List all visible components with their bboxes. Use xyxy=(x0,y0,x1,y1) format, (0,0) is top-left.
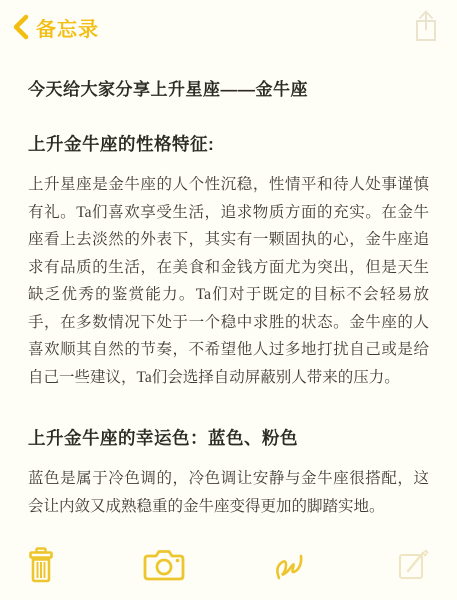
back-button[interactable]: 备忘录 xyxy=(12,13,99,42)
note-title: 今天给大家分享上升星座——金牛座 xyxy=(28,75,429,100)
markup-button[interactable] xyxy=(271,546,311,584)
trash-icon xyxy=(24,572,58,587)
chevron-left-icon xyxy=(12,14,29,40)
camera-button[interactable] xyxy=(142,547,186,583)
share-icon xyxy=(411,34,441,49)
section-heading-personality: 上升金牛座的性格特征: xyxy=(28,131,429,156)
share-button[interactable] xyxy=(411,8,441,46)
scribble-icon xyxy=(271,572,311,587)
camera-icon xyxy=(142,571,186,586)
section-body-personality: 上升星座是金牛座的人个性沉稳，性情平和待人处事谨慎有礼。Ta们喜欢享受生活，追求… xyxy=(28,171,429,391)
section-heading-lucky-colors: 上升金牛座的幸运色：蓝色、粉色 xyxy=(28,425,429,450)
compose-icon xyxy=(395,572,431,587)
section-body-lucky-colors: 蓝色是属于冷色调的，冷色调让安静与金牛座很搭配，这会让内敛又成熟稳重的金牛座变得… xyxy=(28,465,429,520)
note-content[interactable]: 今天给大家分享上升星座——金牛座 上升金牛座的性格特征: 上升星座是金牛座的人个… xyxy=(0,75,457,520)
bottom-toolbar xyxy=(0,538,457,600)
notes-app-page: 备忘录 今天给大家分享上升星座——金牛座 上升金牛座的性格特征: 上升星座是金牛… xyxy=(0,0,457,600)
delete-button[interactable] xyxy=(24,546,58,584)
navbar: 备忘录 xyxy=(0,0,457,54)
back-label: 备忘录 xyxy=(36,13,99,42)
compose-button[interactable] xyxy=(395,546,431,584)
